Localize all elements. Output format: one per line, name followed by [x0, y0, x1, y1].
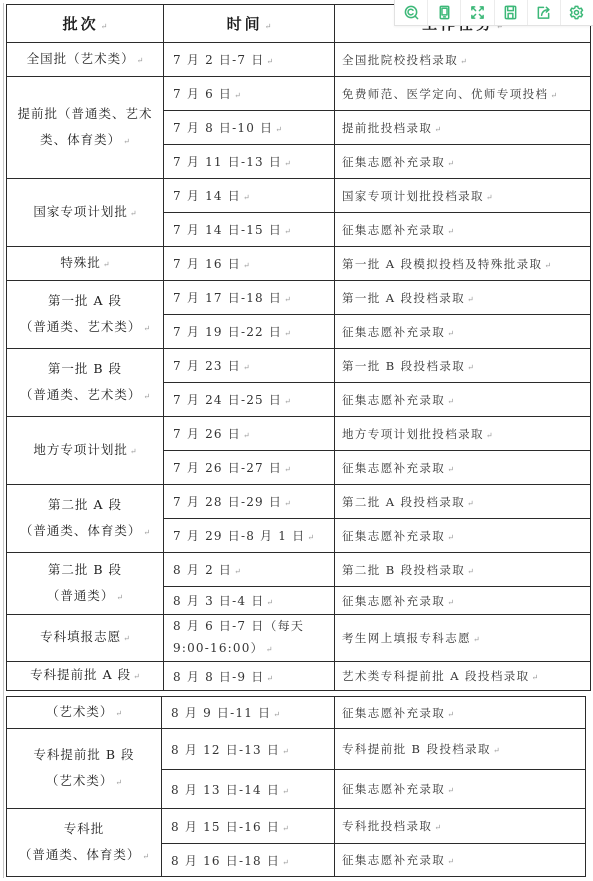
time-cell: 8 月 8 日-9 日↵ [164, 662, 335, 691]
time-cell: 7 月 11 日-13 日↵ [164, 145, 335, 179]
batch-label: （普通类、艺术类）↵ [7, 314, 163, 342]
time-cell: 8 月 16 日-18 日↵ [162, 844, 335, 877]
time-cell: 7 月 14 日↵ [164, 179, 335, 213]
time-cell: 8 月 6 日-7 日（每天 9:00-16:00）↵ [164, 615, 335, 662]
batch-cell: 专科提前批 A 段↵ [7, 662, 164, 691]
time-cell: 7 月 16 日↵ [164, 247, 335, 281]
batch-label: 特殊批↵ [7, 250, 163, 278]
batch-cell: 专科提前批 B 段（艺术类）↵ [7, 729, 162, 809]
task-cell: 征集志愿补充录取↵ [335, 587, 591, 615]
tablet-icon [437, 5, 452, 20]
table-row: 地方专项计划批↵7 月 26 日↵地方专项计划批投档录取↵ [7, 417, 591, 451]
batch-label: （普通类、体育类）↵ [7, 518, 163, 546]
admission-schedule-table: 批次↵ 时间↵ 工作任务↵ 全国批（艺术类）↵7 月 2 日-7 日↵全国批院校… [6, 4, 591, 691]
time-cell: 8 月 13 日-14 日↵ [162, 770, 335, 809]
time-cell: 7 月 19 日-22 日↵ [164, 315, 335, 349]
batch-cell: 专科批（普通类、体育类）↵ [7, 809, 162, 877]
table-row: 专科填报志愿↵8 月 6 日-7 日（每天 9:00-16:00）↵考生网上填报… [7, 615, 591, 662]
time-cell: 8 月 12 日-13 日↵ [162, 729, 335, 770]
floating-toolbar [394, 0, 593, 26]
task-cell: 地方专项计划批投档录取↵ [335, 417, 591, 451]
batch-label: 第二批 B 段 [7, 557, 163, 583]
batch-cell: 专科填报志愿↵ [7, 615, 164, 662]
table-row: 第一批 B 段（普通类、艺术类）↵7 月 23 日↵第一批 B 段投档录取↵ [7, 349, 591, 383]
batch-label: 第一批 B 段 [7, 356, 163, 382]
batch-cell: 提前批（普通类、艺术类、体育类）↵ [7, 77, 164, 179]
batch-cell: （艺术类）↵ [7, 697, 162, 729]
time-cell: 7 月 2 日-7 日↵ [164, 43, 335, 77]
task-cell: 专科提前批 B 段投档录取↵ [335, 729, 586, 770]
task-cell: 征集志愿补充录取↵ [335, 519, 591, 553]
page-edge-line [3, 3, 4, 878]
time-cell: 7 月 17 日-18 日↵ [164, 281, 335, 315]
time-cell: 7 月 28 日-29 日↵ [164, 485, 335, 519]
recognize-text-button[interactable] [395, 0, 428, 25]
batch-cell: 特殊批↵ [7, 247, 164, 281]
task-cell: 第一批 A 段投档录取↵ [335, 281, 591, 315]
task-cell: 第二批 A 段投档录取↵ [335, 485, 591, 519]
settings-button[interactable] [561, 0, 593, 25]
batch-label: 全国批（艺术类）↵ [7, 46, 163, 74]
batch-label: （普通类、体育类）↵ [7, 842, 161, 870]
time-cell: 7 月 14 日-15 日↵ [164, 213, 335, 247]
batch-label: 专科提前批 B 段 [7, 742, 161, 768]
table-row: 专科批（普通类、体育类）↵8 月 15 日-16 日↵专科批投档录取↵ [7, 809, 586, 844]
table-row: （艺术类）↵8 月 9 日-11 日↵征集志愿补充录取↵ [7, 697, 586, 729]
task-cell: 征集志愿补充录取↵ [335, 145, 591, 179]
batch-cell: 全国批（艺术类）↵ [7, 43, 164, 77]
batch-label: 地方专项计划批↵ [7, 437, 163, 465]
table-row: 提前批（普通类、艺术类、体育类）↵7 月 6 日↵免费师范、医学定向、优师专项投… [7, 77, 591, 111]
task-cell: 提前批投档录取↵ [335, 111, 591, 145]
time-cell: 8 月 15 日-16 日↵ [162, 809, 335, 844]
table-row: 专科提前批 A 段↵8 月 8 日-9 日↵艺术类专科提前批 A 段投档录取↵ [7, 662, 591, 691]
save-icon [503, 5, 518, 20]
copyright-search-icon [404, 5, 419, 20]
batch-cell: 第一批 B 段（普通类、艺术类）↵ [7, 349, 164, 417]
gear-icon [569, 5, 584, 20]
time-cell: 7 月 26 日↵ [164, 417, 335, 451]
table-row: 第二批 A 段（普通类、体育类）↵7 月 28 日-29 日↵第二批 A 段投档… [7, 485, 591, 519]
time-cell: 7 月 26 日-27 日↵ [164, 451, 335, 485]
batch-cell: 第二批 A 段（普通类、体育类）↵ [7, 485, 164, 553]
task-cell: 征集志愿补充录取↵ [335, 213, 591, 247]
batch-cell: 地方专项计划批↵ [7, 417, 164, 485]
fullscreen-button[interactable] [461, 0, 494, 25]
time-cell: 7 月 8 日-10 日↵ [164, 111, 335, 145]
header-time: 时间↵ [164, 5, 335, 43]
batch-label: 提前批（普通类、艺术 [7, 101, 163, 127]
batch-label: 国家专项计划批↵ [7, 199, 163, 227]
table-row: 第二批 B 段（普通类）↵8 月 2 日↵第二批 B 段投档录取↵ [7, 553, 591, 587]
share-button[interactable] [528, 0, 561, 25]
batch-label: 专科批 [7, 816, 161, 842]
time-cell: 8 月 9 日-11 日↵ [162, 697, 335, 729]
document-page: 批次↵ 时间↵ 工作任务↵ 全国批（艺术类）↵7 月 2 日-7 日↵全国批院校… [0, 0, 593, 881]
batch-label: 专科填报志愿↵ [7, 624, 163, 652]
batch-label: 第二批 A 段 [7, 492, 163, 518]
task-cell: 征集志愿补充录取↵ [335, 844, 586, 877]
task-cell: 国家专项计划批投档录取↵ [335, 179, 591, 213]
table-row: 第一批 A 段（普通类、艺术类）↵7 月 17 日-18 日↵第一批 A 段投档… [7, 281, 591, 315]
batch-label: 第一批 A 段 [7, 288, 163, 314]
time-cell: 8 月 3 日-4 日↵ [164, 587, 335, 615]
task-cell: 征集志愿补充录取↵ [335, 697, 586, 729]
task-cell: 第一批 A 段模拟投档及特殊批录取↵ [335, 247, 591, 281]
table-row: 专科提前批 B 段（艺术类）↵8 月 12 日-13 日↵专科提前批 B 段投档… [7, 729, 586, 770]
batch-label: （普通类）↵ [7, 583, 163, 611]
time-cell: 7 月 29 日-8 月 1 日↵ [164, 519, 335, 553]
task-cell: 免费师范、医学定向、优师专项投档↵ [335, 77, 591, 111]
expand-icon [470, 5, 485, 20]
batch-cell: 第一批 A 段（普通类、艺术类）↵ [7, 281, 164, 349]
batch-label: （艺术类）↵ [7, 768, 161, 796]
task-cell: 全国批院校投档录取↵ [335, 43, 591, 77]
task-cell: 征集志愿补充录取↵ [335, 383, 591, 417]
task-cell: 艺术类专科提前批 A 段投档录取↵ [335, 662, 591, 691]
admission-schedule-table-continued: （艺术类）↵8 月 9 日-11 日↵征集志愿补充录取↵专科提前批 B 段（艺术… [6, 696, 586, 877]
task-cell: 征集志愿补充录取↵ [335, 315, 591, 349]
time-cell: 7 月 6 日↵ [164, 77, 335, 111]
batch-label: 类、体育类）↵ [7, 127, 163, 155]
time-cell: 7 月 24 日-25 日↵ [164, 383, 335, 417]
task-cell: 第二批 B 段投档录取↵ [335, 553, 591, 587]
batch-label: 专科提前批 A 段↵ [7, 662, 163, 690]
save-button[interactable] [495, 0, 528, 25]
batch-label: （普通类、艺术类）↵ [7, 382, 163, 410]
task-cell: 第一批 B 段投档录取↵ [335, 349, 591, 383]
table-row: 全国批（艺术类）↵7 月 2 日-7 日↵全国批院校投档录取↵ [7, 43, 591, 77]
task-cell: 征集志愿补充录取↵ [335, 770, 586, 809]
batch-cell: 国家专项计划批↵ [7, 179, 164, 247]
header-batch: 批次↵ [7, 5, 164, 43]
task-cell: 考生网上填报专科志愿↵ [335, 615, 591, 662]
time-cell: 7 月 23 日↵ [164, 349, 335, 383]
time-cell: 8 月 2 日↵ [164, 553, 335, 587]
task-cell: 专科批投档录取↵ [335, 809, 586, 844]
table-row: 特殊批↵7 月 16 日↵第一批 A 段模拟投档及特殊批录取↵ [7, 247, 591, 281]
share-icon [536, 5, 551, 20]
batch-cell: 第二批 B 段（普通类）↵ [7, 553, 164, 615]
table-row: 国家专项计划批↵7 月 14 日↵国家专项计划批投档录取↵ [7, 179, 591, 213]
mobile-view-button[interactable] [428, 0, 461, 25]
batch-label: （艺术类）↵ [7, 699, 161, 727]
task-cell: 征集志愿补充录取↵ [335, 451, 591, 485]
